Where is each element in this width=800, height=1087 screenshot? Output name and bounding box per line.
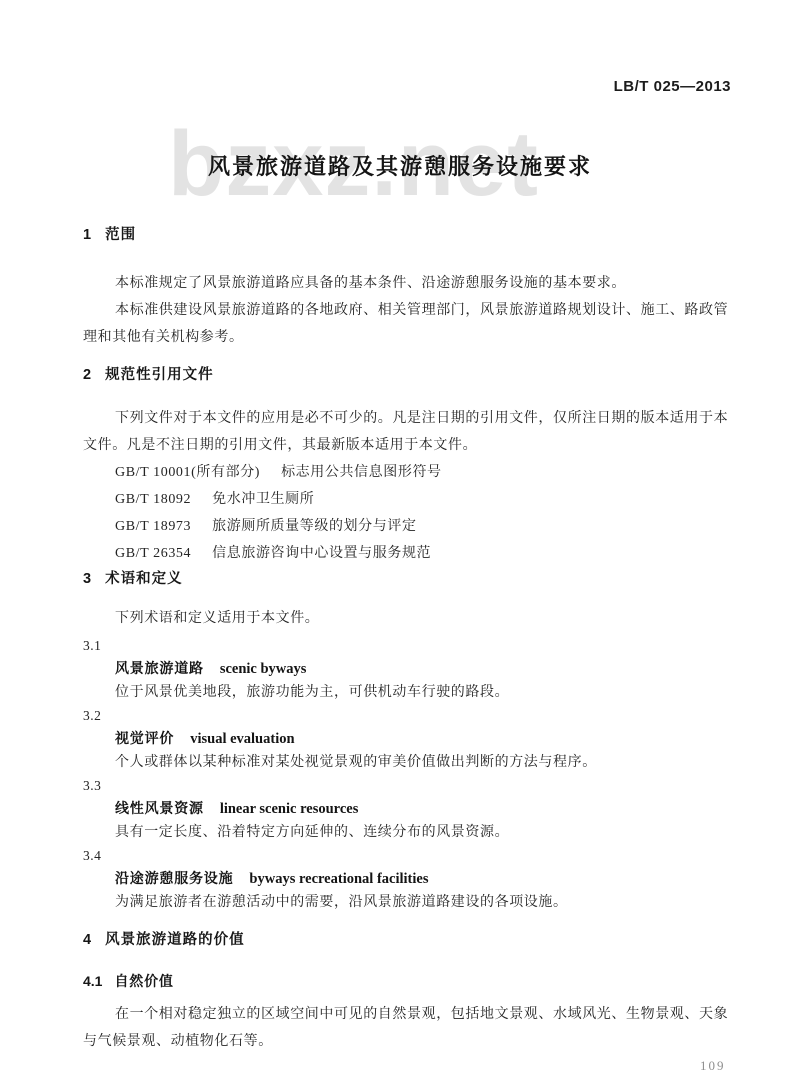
document-body: 1范围 本标准规定了风景旅游道路应具备的基本条件、沿途游憩服务设施的基本要求。 … bbox=[83, 225, 733, 1055]
term-entry: 3.2 视觉评价visual evaluation 个人或群体以某种标准对某处视… bbox=[83, 704, 733, 774]
section-3-intro: 下列术语和定义适用于本文件。 bbox=[83, 608, 733, 630]
term-entry: 3.3 线性风景资源linear scenic resources 具有一定长度… bbox=[83, 774, 733, 844]
document-page: bzxz.net LB/T 025—2013 风景旅游道路及其游憩服务设施要求 … bbox=[0, 0, 800, 1087]
section-1-paragraph-2: 本标准供建设风景旅游道路的各地政府、相关管理部门，风景旅游道路规划设计、施工、路… bbox=[83, 297, 733, 351]
section-4-1-heading: 4.1自然价值 bbox=[83, 971, 733, 991]
term-name-chinese: 线性风景资源 bbox=[115, 800, 204, 816]
section-3-heading: 3术语和定义 bbox=[83, 569, 733, 589]
section-4-title: 风景旅游道路的价值 bbox=[105, 932, 245, 948]
section-1-number: 1 bbox=[83, 227, 91, 243]
reference-code: GB/T 26354 bbox=[115, 546, 191, 561]
reference-title: 信息旅游咨询中心设置与服务规范 bbox=[212, 546, 431, 561]
section-2-heading: 2规范性引用文件 bbox=[83, 365, 733, 385]
term-number: 3.2 bbox=[83, 704, 733, 727]
reference-code: GB/T 18092 bbox=[115, 492, 191, 507]
section-4-1-title: 自然价值 bbox=[114, 973, 173, 989]
term-name-english: byways recreational facilities bbox=[249, 871, 428, 887]
section-4-1-number: 4.1 bbox=[83, 973, 102, 989]
page-number: 109 bbox=[700, 1058, 726, 1074]
term-number: 3.4 bbox=[83, 844, 733, 867]
term-entry: 3.4 沿途游憩服务设施byways recreational faciliti… bbox=[83, 844, 733, 914]
reference-code: GB/T 10001(所有部分) bbox=[115, 465, 260, 480]
term-name: 风景旅游道路scenic byways bbox=[83, 657, 733, 681]
reference-item: GB/T 26354信息旅游咨询中心设置与服务规范 bbox=[83, 540, 733, 567]
terms-list: 3.1 风景旅游道路scenic byways 位于风景优美地段，旅游功能为主，… bbox=[83, 634, 733, 914]
term-name-english: scenic byways bbox=[220, 661, 307, 677]
term-name-chinese: 风景旅游道路 bbox=[115, 660, 204, 676]
reference-code: GB/T 18973 bbox=[115, 519, 191, 534]
section-4-heading: 4风景旅游道路的价值 bbox=[83, 930, 733, 950]
term-definition: 位于风景优美地段，旅游功能为主，可供机动车行驶的路段。 bbox=[83, 681, 733, 704]
term-number: 3.3 bbox=[83, 774, 733, 797]
section-2-number: 2 bbox=[83, 367, 91, 383]
reference-item: GB/T 18973旅游厕所质量等级的划分与评定 bbox=[83, 513, 733, 540]
section-4-number: 4 bbox=[83, 932, 91, 948]
term-name: 视觉评价visual evaluation bbox=[83, 727, 733, 751]
term-definition: 个人或群体以某种标准对某处视觉景观的审美价值做出判断的方法与程序。 bbox=[83, 751, 733, 774]
reference-title: 标志用公共信息图形符号 bbox=[281, 465, 442, 480]
section-4-1-paragraph: 在一个相对稳定独立的区域空间中可见的自然景观，包括地文景观、水域风光、生物景观、… bbox=[83, 1001, 733, 1055]
reference-item: GB/T 10001(所有部分)标志用公共信息图形符号 bbox=[83, 459, 733, 486]
term-definition: 为满足旅游者在游憩活动中的需要，沿风景旅游道路建设的各项设施。 bbox=[83, 891, 733, 914]
section-1-paragraph-1: 本标准规定了风景旅游道路应具备的基本条件、沿途游憩服务设施的基本要求。 bbox=[83, 270, 733, 297]
section-1-heading: 1范围 bbox=[83, 225, 733, 245]
term-name-chinese: 沿途游憩服务设施 bbox=[115, 870, 233, 886]
reference-title: 旅游厕所质量等级的划分与评定 bbox=[212, 519, 416, 534]
standard-code: LB/T 025—2013 bbox=[614, 78, 731, 95]
term-number: 3.1 bbox=[83, 634, 733, 657]
term-definition: 具有一定长度、沿着特定方向延伸的、连续分布的风景资源。 bbox=[83, 821, 733, 844]
document-header: LB/T 025—2013 bbox=[614, 78, 731, 96]
term-name-english: linear scenic resources bbox=[220, 801, 359, 817]
reference-title: 免水冲卫生厕所 bbox=[212, 492, 314, 507]
section-3-title: 术语和定义 bbox=[105, 571, 183, 587]
reference-item: GB/T 18092免水冲卫生厕所 bbox=[83, 486, 733, 513]
term-name-english: visual evaluation bbox=[190, 731, 294, 747]
term-name-chinese: 视觉评价 bbox=[115, 730, 174, 746]
section-2-intro: 下列文件对于本文件的应用是必不可少的。凡是注日期的引用文件，仅所注日期的版本适用… bbox=[83, 405, 733, 459]
term-name: 沿途游憩服务设施byways recreational facilities bbox=[83, 867, 733, 891]
section-1-title: 范围 bbox=[105, 227, 136, 243]
term-entry: 3.1 风景旅游道路scenic byways 位于风景优美地段，旅游功能为主，… bbox=[83, 634, 733, 704]
section-2-title: 规范性引用文件 bbox=[105, 367, 214, 383]
term-name: 线性风景资源linear scenic resources bbox=[83, 797, 733, 821]
section-3-number: 3 bbox=[83, 571, 91, 587]
document-title: 风景旅游道路及其游憩服务设施要求 bbox=[0, 150, 800, 181]
